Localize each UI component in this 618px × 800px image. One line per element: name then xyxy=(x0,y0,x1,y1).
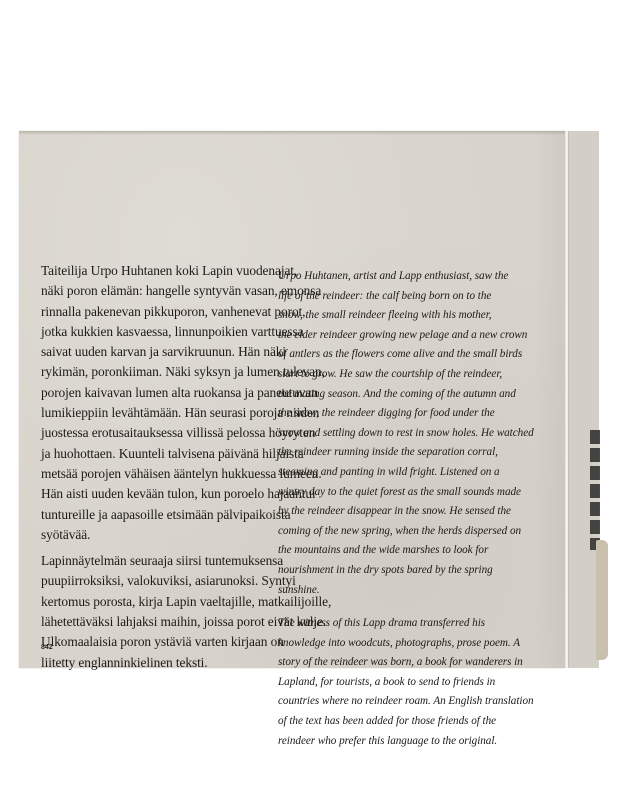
text-line: Lapinnäytelmän seuraaja siirsi tuntemuks… xyxy=(41,551,281,571)
text-line: liitetty englanninkielinen teksti. xyxy=(41,653,281,673)
text-line: lähetettäväksi lahjaksi maihin, joissa p… xyxy=(41,612,281,632)
text-line: ja huohottaen. Kuunteli talvisena päivän… xyxy=(41,444,281,464)
text-line: the elder reindeer growing new pelage an… xyxy=(278,326,568,346)
torn-dust-jacket-edge xyxy=(596,540,608,660)
text-line: the reindeer running inside the separati… xyxy=(278,443,568,463)
text-line: syötävää. xyxy=(41,525,281,545)
text-line: Lapland, for tourists, a book to send to… xyxy=(278,673,568,693)
text-line: rykimän, poronkiiman. Näki syksyn ja lum… xyxy=(41,362,281,382)
text-line: countries where no reindeer roam. An Eng… xyxy=(278,692,568,712)
finnish-paragraph-2: Lapinnäytelmän seuraaja siirsi tuntemuks… xyxy=(41,551,281,673)
text-line: reindeer who prefer this language to the… xyxy=(278,732,568,752)
text-line: the snow, the reindeer digging for food … xyxy=(278,404,568,424)
text-line: tuntureille ja aapasoille etsimään pälvi… xyxy=(41,505,281,525)
text-line: the mountains and the wide marshes to lo… xyxy=(278,541,568,561)
text-line: coming of the new spring, when the herds… xyxy=(278,522,568,542)
finnish-paragraph-1: Taiteilija Urpo Huhtanen koki Lapin vuod… xyxy=(41,261,281,545)
text-line: näki poron elämän: hangelle syntyvän vas… xyxy=(41,281,281,301)
book-spine xyxy=(568,131,599,668)
text-line: of antlers as the flowers come alive and… xyxy=(278,345,568,365)
text-line: jotka kukkien kasvaessa, linnunpoikien v… xyxy=(41,322,281,342)
text-line: snow, the small reindeer fleeing with hi… xyxy=(278,306,568,326)
text-line: Urpo Huhtanen, artist and Lapp enthusias… xyxy=(278,267,568,287)
text-line: Hän aisti uuden kevään tulon, kun poroel… xyxy=(41,484,281,504)
text-line: Ulkomaalaisia poron ystäviä varten kirja… xyxy=(41,632,281,652)
cover-top-edge xyxy=(19,131,565,135)
text-line: steaming and panting in wild fright. Lis… xyxy=(278,463,568,483)
text-line: by the reindeer disappear in the snow. H… xyxy=(278,502,568,522)
text-line: saivat uuden karvan ja sarvikruunun. Hän… xyxy=(41,342,281,362)
text-line: rinnalla pakenevan pikkuporon, vanheneva… xyxy=(41,302,281,322)
text-line: metsää porojen vähäisen ääntelyn hukkues… xyxy=(41,464,281,484)
text-line: start to grow. He saw the courtship of t… xyxy=(278,365,568,385)
text-line: Taiteilija Urpo Huhtanen koki Lapin vuod… xyxy=(41,261,281,281)
text-line: sunshine. xyxy=(278,581,568,601)
text-line: The witness of this Lapp drama transferr… xyxy=(278,614,568,634)
text-line: life of the reindeer: the calf being bor… xyxy=(278,287,568,307)
text-line: juostessa erotusaitauksessa villissä pel… xyxy=(41,423,281,443)
text-line: the mating season. And the coming of the… xyxy=(278,385,568,405)
english-text-column: Urpo Huhtanen, artist and Lapp enthusias… xyxy=(278,267,568,765)
text-line: lumikieppiin levähtämään. Hän seurasi po… xyxy=(41,403,281,423)
text-line: snow and settling down to rest in snow h… xyxy=(278,424,568,444)
text-line: nourishment in the dry spots bared by th… xyxy=(278,561,568,581)
text-line: porojen kaivavan lumen alta ruokansa ja … xyxy=(41,383,281,403)
english-paragraph-2: The witness of this Lapp drama transferr… xyxy=(278,614,568,751)
spine-title-fragment xyxy=(590,430,600,550)
text-line: story of the reindeer was born, a book f… xyxy=(278,653,568,673)
text-line: kertomus porosta, kirja Lapin vaeltajill… xyxy=(41,592,281,612)
page-number: 842 xyxy=(41,644,53,651)
text-line: of the text has been added for those fri… xyxy=(278,712,568,732)
english-paragraph-1: Urpo Huhtanen, artist and Lapp enthusias… xyxy=(278,267,568,600)
finnish-text-column: Taiteilija Urpo Huhtanen koki Lapin vuod… xyxy=(41,261,281,679)
text-line: knowledge into woodcuts, photographs, pr… xyxy=(278,634,568,654)
text-line: puupiirroksiksi, valokuviksi, asiarunoks… xyxy=(41,571,281,591)
text-line: wintry day to the quiet forest as the sm… xyxy=(278,483,568,503)
